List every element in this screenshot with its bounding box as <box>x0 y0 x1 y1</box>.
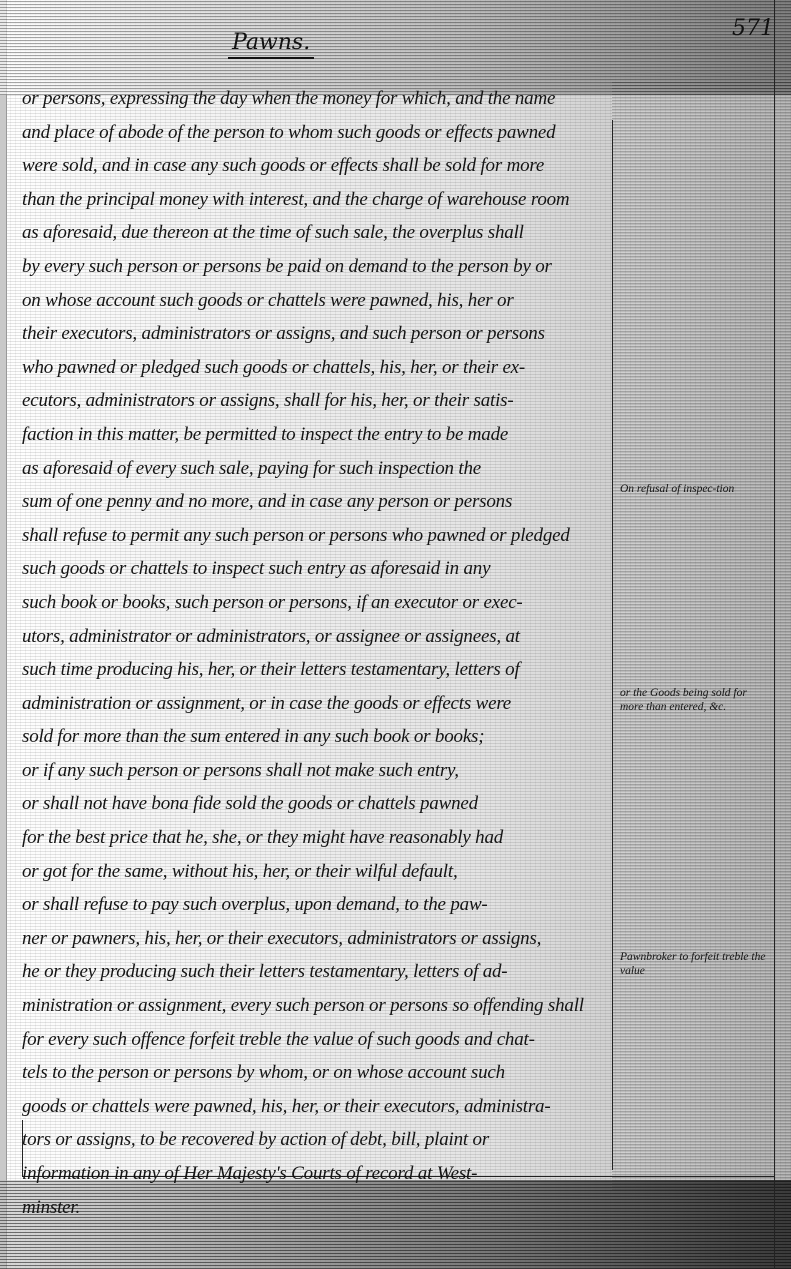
text-line: or got for the same, without his, her, o… <box>22 855 612 889</box>
text-line: information in any of Her Majesty's Cour… <box>22 1157 612 1191</box>
text-line: sum of one penny and no more, and in cas… <box>22 485 612 519</box>
text-line: their executors, administrators or assig… <box>22 317 612 351</box>
text-line: or if any such person or persons shall n… <box>22 754 612 788</box>
margin-note-inspection: On refusal of inspec-tion <box>620 482 770 496</box>
margin-note-goods-sold: or the Goods being sold for more than en… <box>620 686 770 714</box>
text-line: ministration or assignment, every such p… <box>22 989 612 1023</box>
text-line: tors or assigns, to be recovered by acti… <box>22 1123 612 1157</box>
text-line: who pawned or pledged such goods or chat… <box>22 351 612 385</box>
manuscript-page: Pawns. 571 or persons, expressing the da… <box>0 0 791 1269</box>
page-number: 571 <box>732 16 774 41</box>
text-line: ner or pawners, his, her, or their execu… <box>22 922 612 956</box>
margin-note-forfeit: Pawnbroker to forfeit treble the value <box>620 950 770 978</box>
text-line: goods or chattels were pawned, his, her,… <box>22 1090 612 1124</box>
text-line: as aforesaid of every such sale, paying … <box>22 452 612 486</box>
text-line: or shall refuse to pay such overplus, up… <box>22 888 612 922</box>
margin-rule-left <box>612 120 613 1170</box>
text-line: for the best price that he, she, or they… <box>22 821 612 855</box>
text-line: he or they producing such their letters … <box>22 955 612 989</box>
text-line: than the principal money with interest, … <box>22 183 612 217</box>
text-line: administration or assignment, or in case… <box>22 687 612 721</box>
text-line: utors, administrator or administrators, … <box>22 620 612 654</box>
text-line: and place of abode of the person to whom… <box>22 116 612 150</box>
scan-left-edge <box>0 0 7 1269</box>
text-line: sold for more than the sum entered in an… <box>22 720 612 754</box>
text-line: shall refuse to permit any such person o… <box>22 519 612 553</box>
text-line: were sold, and in case any such goods or… <box>22 149 612 183</box>
text-line: by every such person or persons be paid … <box>22 250 612 284</box>
text-line: such time producing his, her, or their l… <box>22 653 612 687</box>
text-line: ecutors, administrators or assigns, shal… <box>22 384 612 418</box>
text-line: faction in this matter, be permitted to … <box>22 418 612 452</box>
text-line: tels to the person or persons by whom, o… <box>22 1056 612 1090</box>
text-line: such goods or chattels to inspect such e… <box>22 552 612 586</box>
text-line: such book or books, such person or perso… <box>22 586 612 620</box>
manuscript-body: or persons, expressing the day when the … <box>22 82 612 1224</box>
text-line: as aforesaid, due thereon at the time of… <box>22 216 612 250</box>
text-line: or shall not have bona fide sold the goo… <box>22 787 612 821</box>
page-title: Pawns. <box>228 30 314 59</box>
text-line: or persons, expressing the day when the … <box>22 82 612 116</box>
scan-noise-margin <box>612 80 791 1190</box>
margin-rule-right <box>774 0 775 1269</box>
text-line: minster. <box>22 1191 612 1225</box>
text-line: on whose account such goods or chattels … <box>22 284 612 318</box>
text-line: for every such offence forfeit treble th… <box>22 1023 612 1057</box>
